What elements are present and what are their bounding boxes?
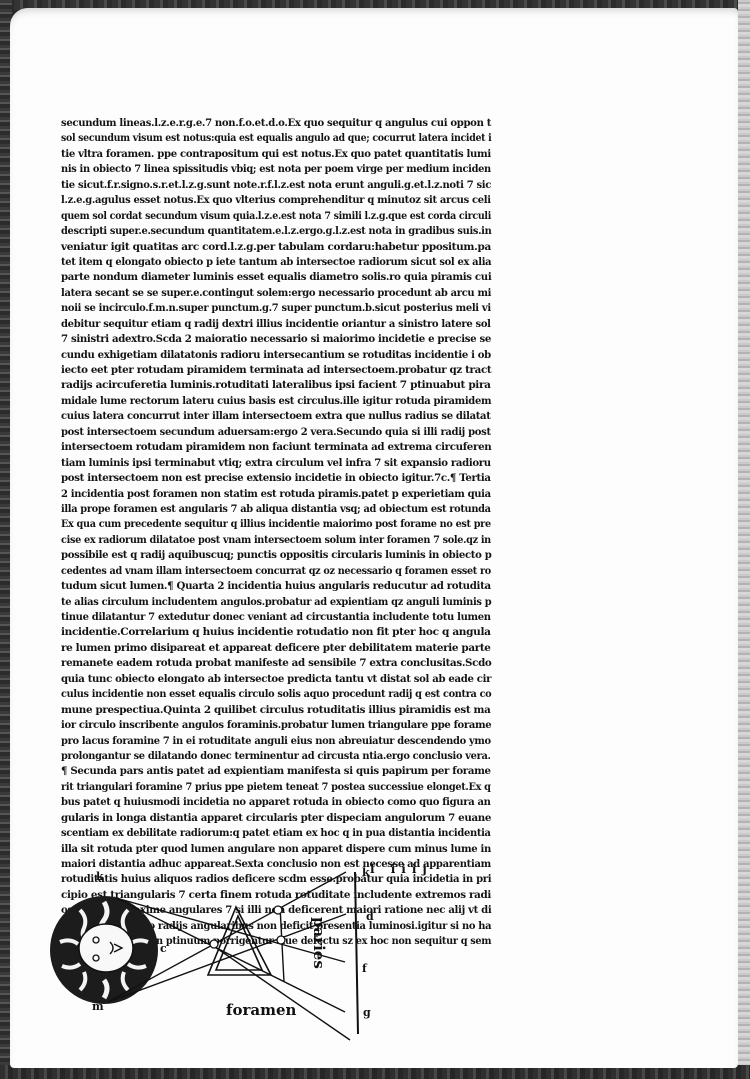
text-line: illa prope foramen est angularis 7 ab al… <box>61 502 491 517</box>
sun-label-right: c <box>160 942 167 955</box>
text-line: iecto eet pter rotudam piramidem termina… <box>61 363 491 378</box>
text-line: quia tunc obiecto elongato ab intersecto… <box>61 672 491 687</box>
text-line: sol secundum visum est notus:quia est eq… <box>61 131 491 146</box>
text-line: 7 sinistri adextro.Scda 2 maioratio nece… <box>61 332 491 347</box>
sun-label-top: k <box>96 870 104 883</box>
wall-label-lower: f <box>362 962 367 975</box>
text-line: debitur sequitur etiam q radij dextri il… <box>61 317 491 332</box>
text-line: re lumen primo disipareat et appareat de… <box>61 641 491 656</box>
text-line: tet item q elongato obiecto p iete tantu… <box>61 255 491 270</box>
text-line: cise ex radiorum dilatatoe post vnam int… <box>61 533 491 548</box>
text-line: rit triangulari foramine 7 prius ppe pie… <box>61 780 491 795</box>
text-line: 2 incidentia post foramen non statim est… <box>61 487 491 502</box>
text-line: prolongantur se dilatando donec terminen… <box>61 749 491 764</box>
text-line: radijs acircuferetia luminis.rotuditati … <box>61 378 491 393</box>
text-line: Ex qua cum precedente sequitur q illius … <box>61 517 491 532</box>
text-line: pro lacus foramine 7 in ei rotuditate an… <box>61 734 491 749</box>
folio-signature: l iiij <box>370 862 433 876</box>
text-line: bus patet q huiusmodi incidetia no appar… <box>61 795 491 810</box>
text-line: cuius latera concurrut inter illam inter… <box>61 409 491 424</box>
text-line: tiam luminis ipsi terminabut vtiq; extra… <box>61 456 491 471</box>
text-line: culus incidentie non esset equalis circu… <box>61 687 491 702</box>
text-line: tie vltra foramen. ppe contrapositum qui… <box>61 147 491 162</box>
text-line: nis in obiecto 7 linea spissitudis vbiq;… <box>61 162 491 177</box>
sun-label-bottom: m <box>92 1000 104 1013</box>
text-line: parte nondum diameter luminis esset equa… <box>61 270 491 285</box>
text-line: intersectoem rotudam piramidem non faciu… <box>61 440 491 455</box>
wall-label-top: k <box>362 866 370 879</box>
text-line: secundum lineas.l.z.e.r.g.e.7 non.f.o.et… <box>61 116 491 131</box>
text-line: illa sit rotuda pter quod lumen angulare… <box>61 842 491 857</box>
text-line: midale lume rectorum lateru cuius basis … <box>61 394 491 409</box>
text-line: mune prespectiua.Quinta 2 quilibet circu… <box>61 703 491 718</box>
camera-obscura-diagram: k c m k d f g l iiij paries foramen <box>40 862 440 1042</box>
text-line: ior circulo inscribente angulos foramini… <box>61 718 491 733</box>
text-line: post intersectoem non est precise extens… <box>61 471 491 486</box>
wall-label-bottom: g <box>363 1006 371 1019</box>
text-line: veniatur igit quatitas arc cord.l.z.g.pe… <box>61 240 491 255</box>
text-line: te alias circulum includentem angulos.pr… <box>61 595 491 610</box>
text-line: ¶ Secunda pars antis patet ad expientiam… <box>61 764 491 779</box>
text-line: gularis in longa distantia apparet circu… <box>61 811 491 826</box>
text-line: post intersectoem secundum aduersam:ergo… <box>61 425 491 440</box>
text-line: l.z.e.g.agulus esset notus.Ex quo vlteri… <box>61 193 491 208</box>
wall-label-middle: d <box>366 910 374 923</box>
text-line: tinue dilatantur 7 extedutur donec venia… <box>61 610 491 625</box>
foramen-caption: foramen <box>226 1001 296 1019</box>
text-line: tie sicut.f.r.signo.s.r.et.l.z.g.sunt no… <box>61 178 491 193</box>
text-line: possibile est q radij aquibuscuq; puncti… <box>61 548 491 563</box>
text-line: tudum sicut lumen.¶ Quarta 2 incidentia … <box>61 579 491 594</box>
sun-icon <box>50 896 158 1004</box>
text-line: descripti super.e.secundum quantitatem.e… <box>61 224 491 239</box>
page-right-edge <box>738 0 750 1079</box>
paries-caption: paries <box>310 917 328 969</box>
text-line: scentiam ex debilitate radiorum:q patet … <box>61 826 491 841</box>
text-line: cundu exhigetiam dilatatonis radioru int… <box>61 348 491 363</box>
text-line: latera secant se se super.e.contingut so… <box>61 286 491 301</box>
text-line: quem sol cordat secundum visum quia.l.z.… <box>61 209 491 224</box>
text-line: noii se incirculo.f.m.n.super punctum.g.… <box>61 301 491 316</box>
text-line: incidentie.Correlarium q huius incidenti… <box>61 625 491 640</box>
text-line: remanete eadem rotuda probat manifeste a… <box>61 656 491 671</box>
wall-line <box>355 872 358 1034</box>
body-text: secundum lineas.l.z.e.r.g.e.7 non.f.o.et… <box>61 116 491 950</box>
text-line: cedentes ad vnam illam intersectoem conc… <box>61 564 491 579</box>
